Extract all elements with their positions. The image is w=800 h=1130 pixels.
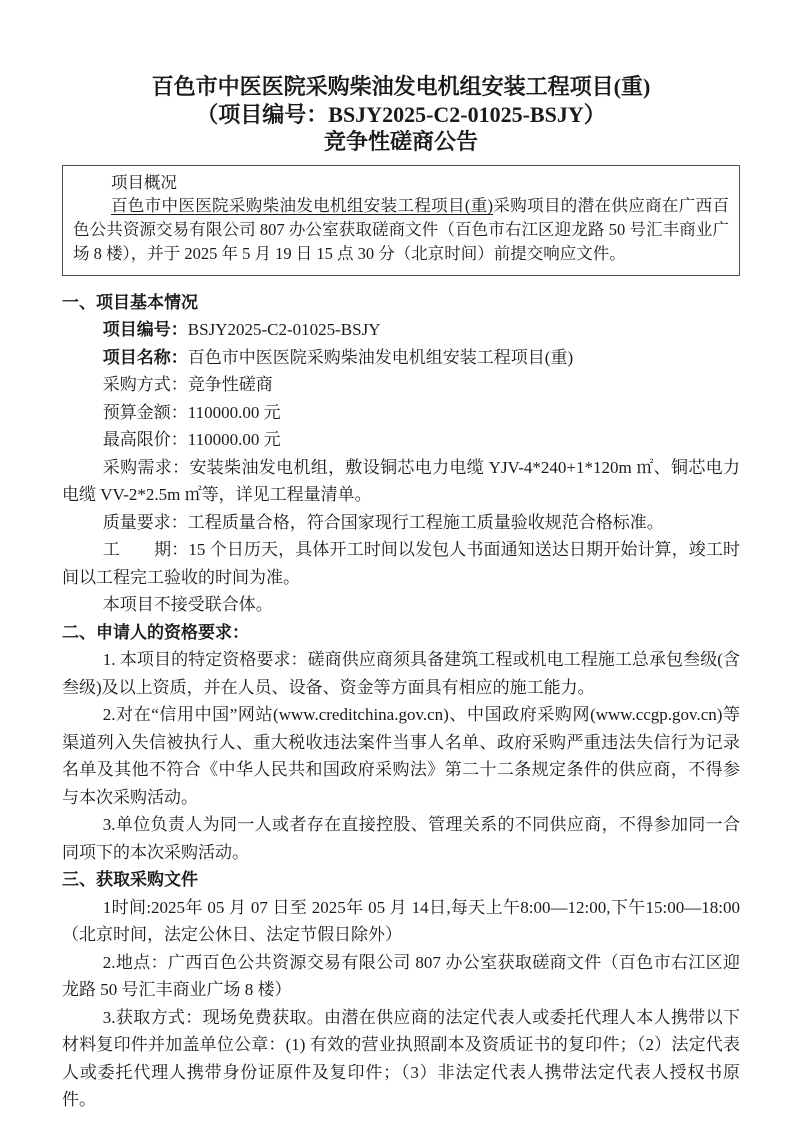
project-overview-box: 项目概况 百色市中医医院采购柴油发电机组安装工程项目(重)采购项目的潜在供应商在… bbox=[62, 165, 740, 276]
field-budget-amount-label: 预算金额： bbox=[103, 403, 188, 422]
field-max-price: 最高限价：110000.00 元 bbox=[62, 426, 740, 454]
document-title-line1: 百色市中医医院采购柴油发电机组安装工程项目(重) bbox=[62, 73, 740, 101]
section2-heading: 二、申请人的资格要求： bbox=[62, 619, 740, 647]
paragraph-construction-period: 工 期：15 个日历天，具体开工时间以发包人书面通知送达日期开始计算，竣工时间以… bbox=[62, 536, 740, 591]
field-budget-amount: 预算金额：110000.00 元 bbox=[62, 399, 740, 427]
paragraph-qualification-3: 3.单位负责人为同一人或者存在直接控股、管理关系的不同供应商，不得参加同一合同项… bbox=[62, 811, 740, 866]
field-project-name: 项目名称：百色市中医医院采购柴油发电机组安装工程项目(重) bbox=[62, 344, 740, 372]
paragraph-no-consortium: 本项目不接受联合体。 bbox=[62, 591, 740, 619]
section1-heading: 一、项目基本情况 bbox=[62, 289, 740, 317]
paragraph-obtain-time: 1时间:2025年 05 月 07 日至 2025年 05 月 14日,每天上午… bbox=[62, 894, 740, 949]
section3-heading: 三、获取采购文件 bbox=[62, 866, 740, 894]
field-max-price-value: 110000.00 元 bbox=[188, 430, 281, 449]
document-title-line2: （项目编号：BSJY2025-C2-01025-BSJY） bbox=[62, 101, 740, 129]
paragraph-qualification-1: 1. 本项目的特定资格要求：磋商供应商须具备建筑工程或机电工程施工总承包叁级(含… bbox=[62, 646, 740, 701]
field-max-price-label: 最高限价： bbox=[103, 430, 188, 449]
paragraph-obtain-method: 3.获取方式：现场免费获取。由潜在供应商的法定代表人或委托代理人本人携带以下材料… bbox=[62, 1004, 740, 1114]
paragraph-obtain-location: 2.地点：广西百色公共资源交易有限公司 807 办公室获取磋商文件（百色市右江区… bbox=[62, 949, 740, 1004]
field-budget-amount-value: 110000.00 元 bbox=[188, 403, 281, 422]
field-project-number-label: 项目编号： bbox=[103, 320, 188, 339]
field-project-name-value: 百色市中医医院采购柴油发电机组安装工程项目(重) bbox=[188, 348, 573, 367]
overview-project-name-underlined: 百色市中医医院采购柴油发电机组安装工程项目(重) bbox=[111, 196, 493, 215]
paragraph-quality-requirement: 质量要求：工程质量合格，符合国家现行工程施工质量验收规范合格标准。 bbox=[62, 509, 740, 537]
field-project-name-label: 项目名称： bbox=[103, 348, 188, 367]
paragraph-qualification-2: 2.对在“信用中国”网站(www.creditchina.gov.cn)、中国政… bbox=[62, 701, 740, 811]
field-project-number: 项目编号：BSJY2025-C2-01025-BSJY bbox=[62, 316, 740, 344]
field-procurement-method: 采购方式：竞争性磋商 bbox=[62, 371, 740, 399]
document-page: 百色市中医医院采购柴油发电机组安装工程项目(重) （项目编号：BSJY2025-… bbox=[0, 0, 800, 1130]
document-title-line3: 竞争性磋商公告 bbox=[62, 128, 740, 156]
overview-paragraph: 百色市中医医院采购柴油发电机组安装工程项目(重)采购项目的潜在供应商在广西百色公… bbox=[73, 194, 729, 265]
field-procurement-method-value: 竞争性磋商 bbox=[188, 375, 273, 394]
paragraph-procurement-demand: 采购需求：安装柴油发电机组，敷设铜芯电力电缆 YJV-4*240+1*120m … bbox=[62, 454, 740, 509]
field-procurement-method-label: 采购方式： bbox=[103, 375, 188, 394]
overview-heading: 项目概况 bbox=[73, 171, 729, 195]
field-project-number-value: BSJY2025-C2-01025-BSJY bbox=[188, 320, 381, 339]
